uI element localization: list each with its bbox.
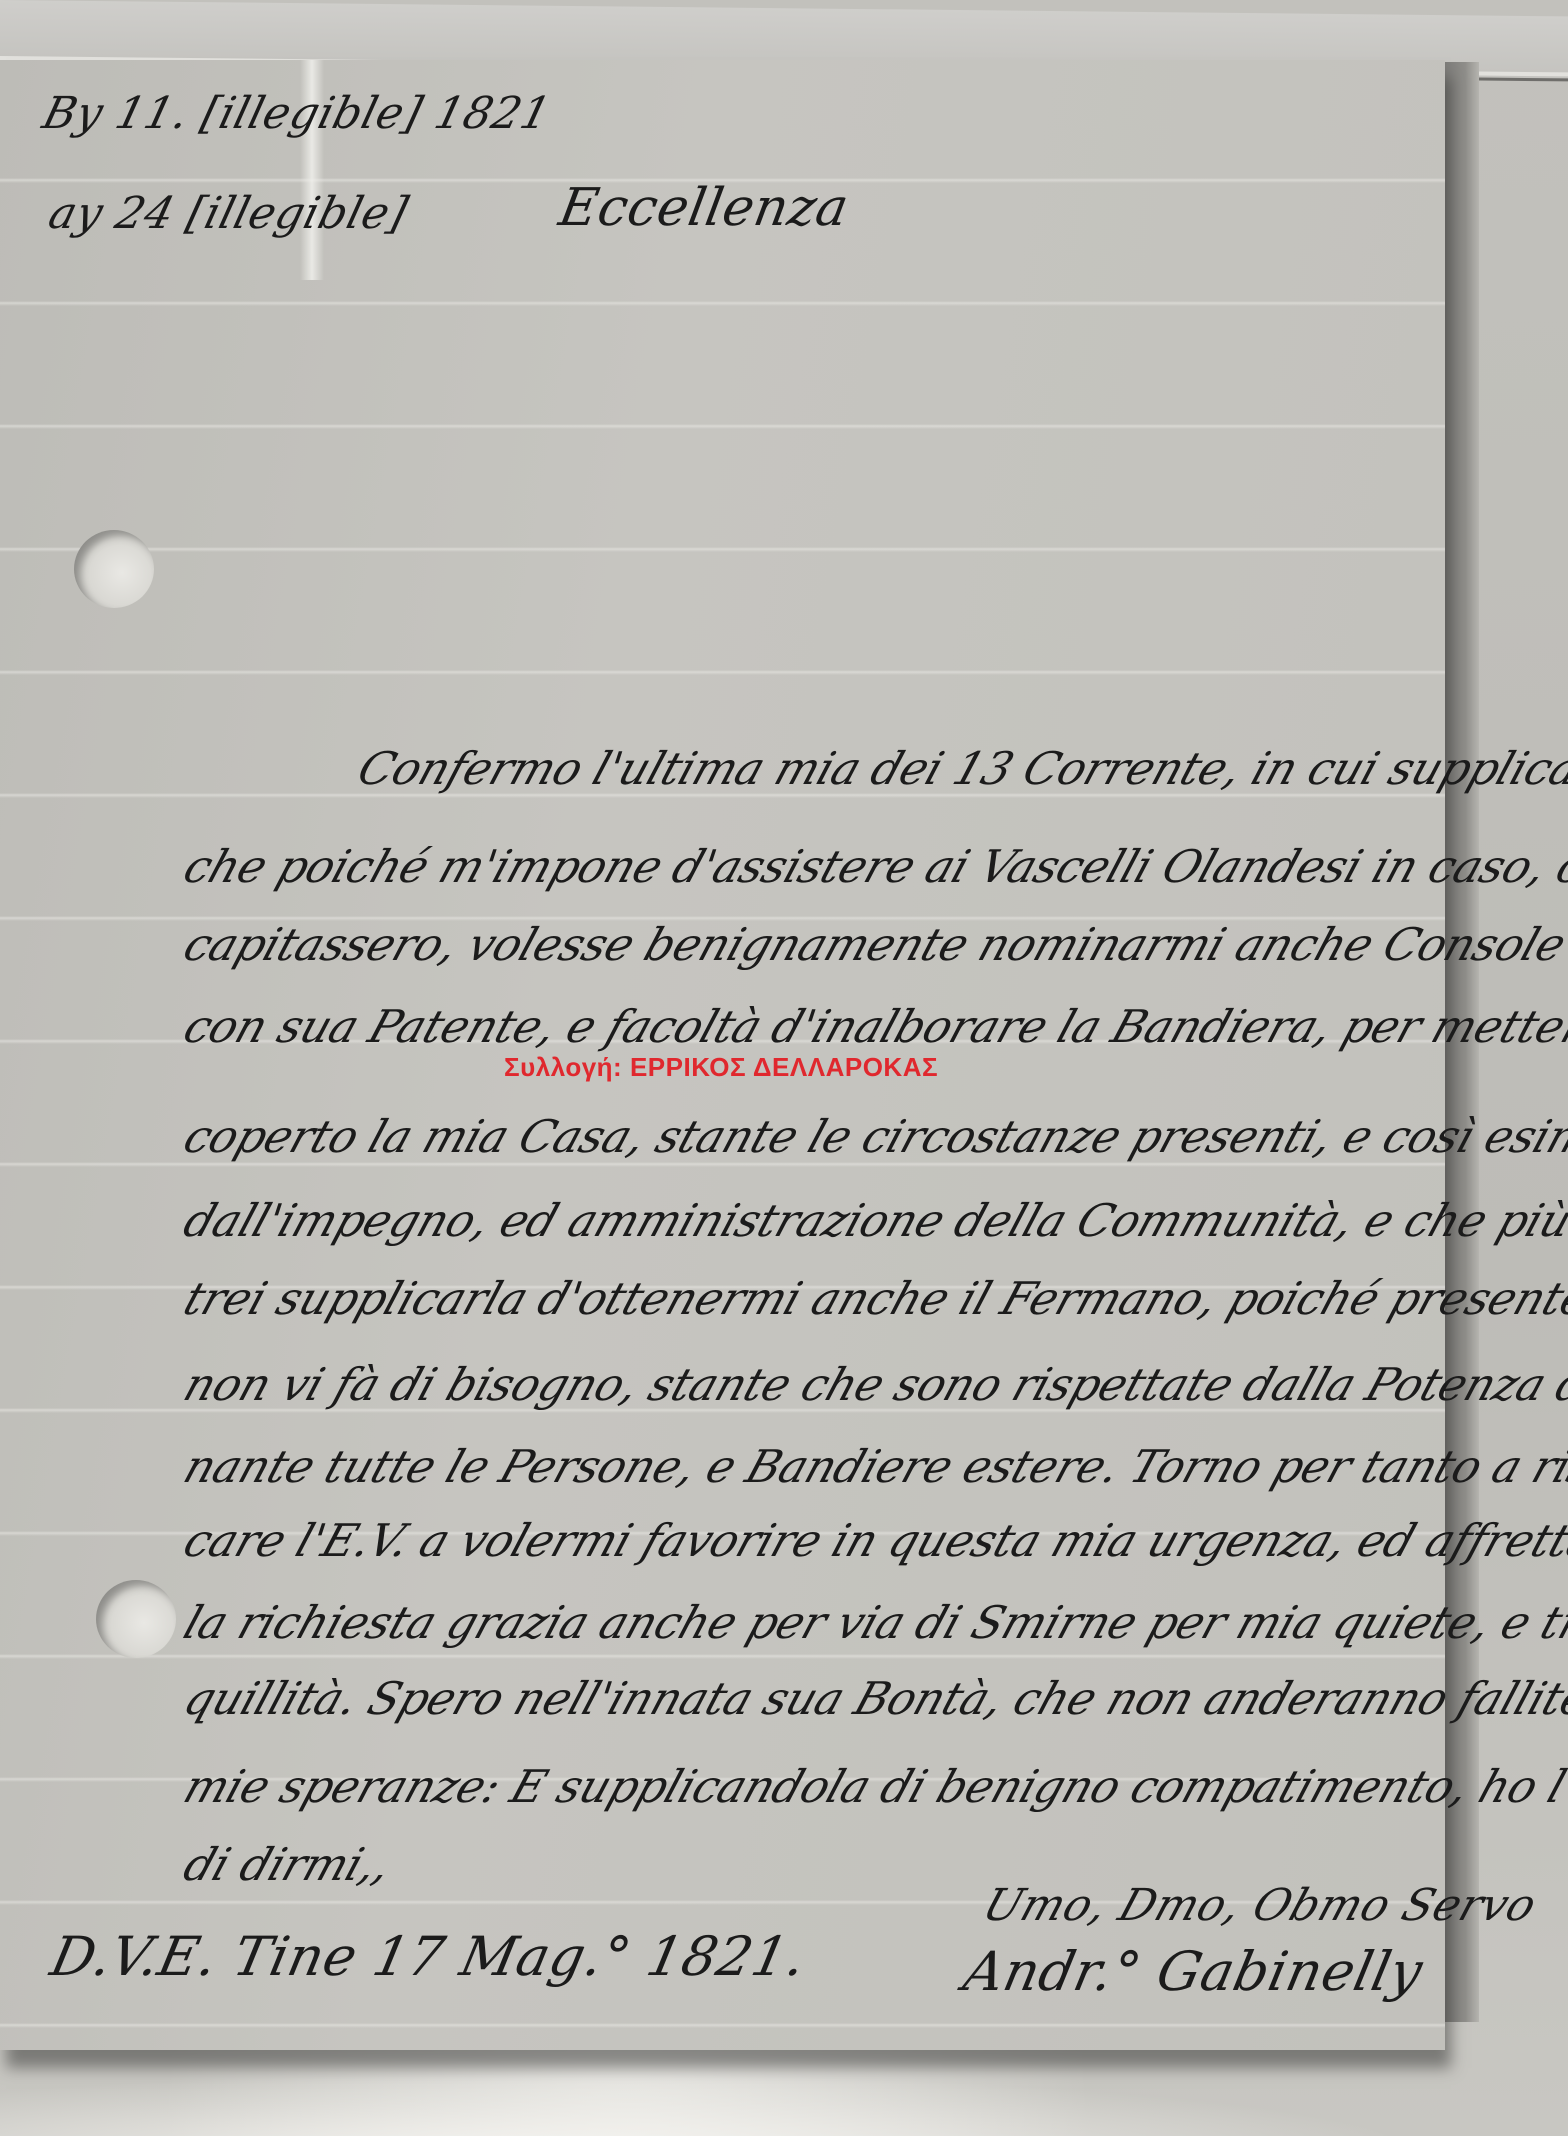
letter-body-line: coperto la mia Casa, stante le circostan… xyxy=(177,1110,1568,1163)
punch-hole-icon xyxy=(96,1580,176,1658)
letter-body-line: di dirmi,, xyxy=(177,1838,397,1891)
letter-body-line: la richiesta grazia anche per via di Smi… xyxy=(177,1596,1568,1649)
letter-body-line: non vi fà di bisogno, stante che sono ri… xyxy=(177,1358,1568,1411)
punch-hole-icon xyxy=(74,530,154,608)
archive-annotation-line: By 11. [illegible] 1821 xyxy=(38,88,556,139)
archive-annotation-line: ay 24 [illegible] xyxy=(44,188,413,239)
letter-body-line: mie speranze: E supplicandola di benigno… xyxy=(177,1760,1568,1813)
letter-body-line: trei supplicarla d'ottenermi anche il Fe… xyxy=(177,1272,1568,1325)
letter-body-line: capitassero, volesse benignamente nomina… xyxy=(177,918,1568,971)
letter-body-line: care l'E.V. a volermi favorire in questa… xyxy=(177,1514,1568,1567)
letter-body-line: che poiché m'impone d'assistere ai Vasce… xyxy=(177,840,1568,893)
closing-place-date: D.V.E. Tine 17 Mag.° 1821. xyxy=(45,1925,811,1988)
salutation: Eccellenza xyxy=(555,178,853,238)
signature: Andr.° Gabinelly xyxy=(958,1940,1428,2003)
collection-watermark: Συλλογή: ΕΡΡΙΚΟΣ ΔΕΛΛΑΡΟΚΑΣ xyxy=(504,1052,938,1083)
letter-body-line: quillità. Spero nell'innata sua Bontà, c… xyxy=(177,1672,1568,1725)
closing-formula: Umo, Dmo, Obmo Servo xyxy=(977,1880,1543,1931)
photo-glare xyxy=(0,2060,1568,2136)
letter-body-line: Confermo l'ultima mia dei 13 Corrente, i… xyxy=(351,742,1568,795)
letter-body-line: nante tutte le Persone, e Bandiere ester… xyxy=(177,1440,1568,1493)
letter-body-line: con sua Patente, e facoltà d'inalborare … xyxy=(177,1000,1568,1053)
letter-body-line: dall'impegno, ed amministrazione della C… xyxy=(177,1194,1568,1247)
